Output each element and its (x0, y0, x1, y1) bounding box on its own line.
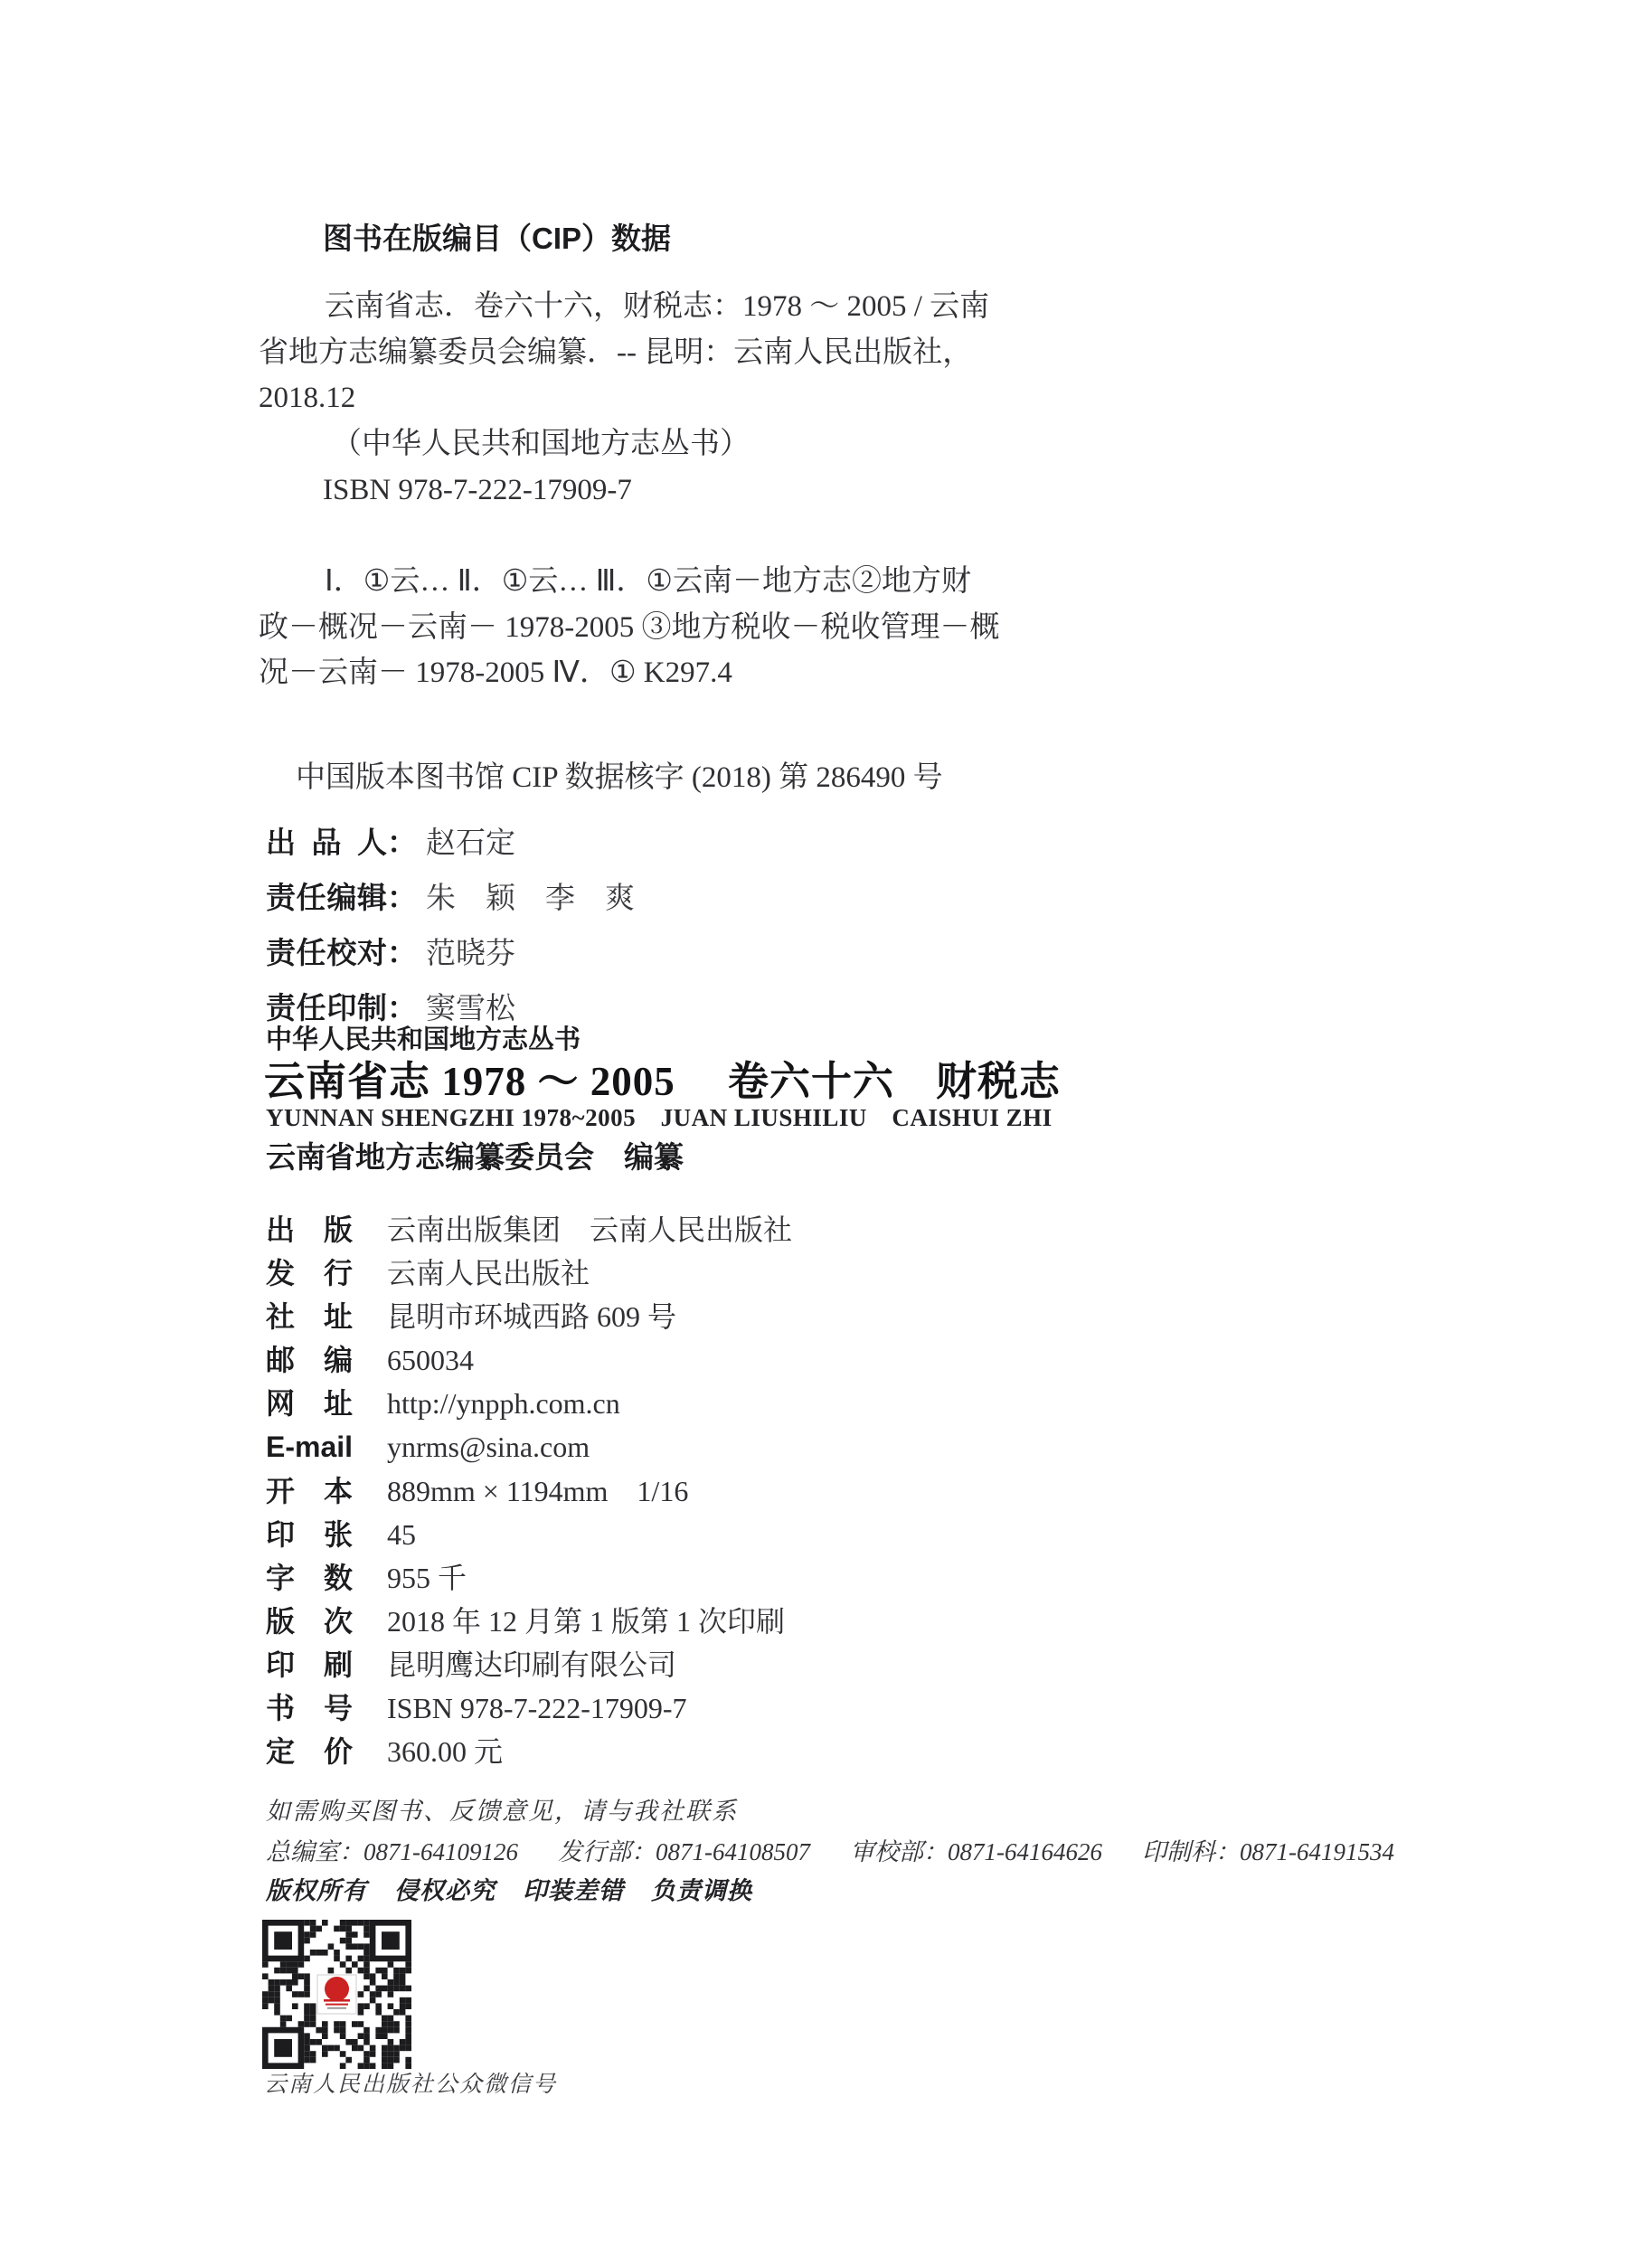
publishing-label: 邮编 (266, 1338, 353, 1382)
publishing-row: E-mailynrms@sina.com (266, 1425, 792, 1468)
phone-item: 印制科：0871-64191534 (1142, 1838, 1394, 1865)
cip-line: 云南省志．卷六十六，财税志：1978 ～ 2005 / 云南 (259, 284, 989, 330)
publishing-row: 网址http://ynpph.com.cn (266, 1382, 792, 1425)
cip-record-number: 中国版本图书馆 CIP 数据核字 (2018) 第 286490 号 (296, 758, 943, 798)
publishing-value: ISBN 978-7-222-17909-7 (387, 1692, 687, 1724)
staff-list: 出品人：赵石定 责任编辑：朱 颖 李 爽 责任校对：范晓芬 责任印制：窦雪松 (266, 816, 635, 1036)
publishing-value: 云南人民出版社 (387, 1257, 590, 1289)
notice-term: 版权所有 (266, 1877, 367, 1904)
staff-row: 出品人：赵石定 (266, 816, 635, 871)
publishing-value: http://ynpph.com.cn (387, 1387, 620, 1420)
publishing-label: 发行 (266, 1251, 353, 1295)
publishing-row: 版次2018 年 12 月第 1 版第 1 次印刷 (266, 1600, 792, 1643)
copyright-page: 图书在版编目（CIP）数据 云南省志．卷六十六，财税志：1978 ～ 2005 … (0, 0, 1652, 2257)
publishing-row: 印刷昆明鹰达印刷有限公司 (266, 1643, 792, 1686)
publishing-row: 邮编650034 (266, 1338, 792, 1382)
colon: ： (387, 881, 417, 914)
book-title-pinyin: YUNNAN SHENGZHI 1978~2005 JUAN LIUSHILIU… (266, 1101, 1053, 1134)
contact-phones: 总编室：0871-64109126发行部：0871-64108507审校部：08… (266, 1837, 1434, 1867)
notice-term: 负责调换 (651, 1877, 752, 1904)
staff-row: 责任编辑：朱 颖 李 爽 (266, 871, 635, 926)
phone-item: 总编室：0871-64109126 (266, 1838, 518, 1865)
publishing-label: 出版 (266, 1208, 353, 1251)
cip-isbn: ISBN 978-7-222-17909-7 (259, 467, 989, 514)
staff-name: 窦雪松 (426, 993, 515, 1025)
colon: ： (387, 936, 417, 969)
colon: ： (387, 991, 417, 1025)
publishing-value: 45 (387, 1518, 416, 1551)
publishing-label: 版次 (266, 1600, 353, 1643)
publishing-label: E-mail (266, 1425, 353, 1468)
publishing-value: 955 千 (387, 1562, 467, 1594)
cip-header: 图书在版编目（CIP）数据 (323, 220, 671, 258)
book-compiler: 云南省地方志编纂委员会 编纂 (266, 1138, 684, 1176)
publishing-info: 出版云南出版集团 云南人民出版社 发行云南人民出版社 社址昆明市环城西路 609… (266, 1208, 792, 1773)
publishing-label: 网址 (266, 1382, 353, 1425)
publishing-value: 360.00 元 (387, 1735, 503, 1768)
publishing-label: 书号 (266, 1686, 353, 1730)
publishing-label: 开本 (266, 1469, 353, 1513)
publishing-label: 印刷 (266, 1643, 353, 1686)
publishing-row: 定价360.00 元 (266, 1730, 792, 1773)
phone-item: 发行部：0871-64108507 (558, 1838, 810, 1865)
staff-name: 朱 颖 李 爽 (426, 883, 635, 915)
staff-role-label: 责任校对 (266, 926, 387, 980)
qr-caption: 云南人民出版社公众微信号 (264, 2072, 557, 2099)
publishing-value: 650034 (387, 1344, 474, 1376)
classification-line: 况－云南－ 1978-2005 Ⅳ．① K297.4 (259, 650, 1000, 696)
cip-line: 2018.12 (259, 375, 989, 421)
cip-series-note: （中华人民共和国地方志丛书） (259, 421, 989, 467)
publishing-row: 社址昆明市环城西路 609 号 (266, 1295, 792, 1338)
publishing-row: 发行云南人民出版社 (266, 1251, 792, 1295)
cip-classification: Ⅰ．①云… Ⅱ．①云… Ⅲ．①云南－地方志②地方财 政－概况－云南－ 1978-… (259, 559, 1000, 696)
staff-role-label: 出品人 (266, 816, 387, 870)
classification-line: Ⅰ．①云… Ⅱ．①云… Ⅲ．①云南－地方志②地方财 (259, 559, 1000, 605)
publishing-value: 889mm × 1194mm 1/16 (387, 1475, 688, 1507)
publishing-label: 印张 (266, 1513, 353, 1556)
staff-role-label: 责任编辑 (266, 871, 387, 925)
cip-description: 云南省志．卷六十六，财税志：1978 ～ 2005 / 云南 省地方志编纂委员会… (259, 284, 989, 514)
publishing-value: 昆明市环城西路 609 号 (387, 1300, 676, 1333)
publishing-row: 书号ISBN 978-7-222-17909-7 (266, 1686, 792, 1730)
notice-term: 侵权必究 (394, 1877, 496, 1904)
publishing-row: 开本889mm × 1194mm 1/16 (266, 1469, 792, 1513)
colon: ： (387, 826, 417, 859)
book-title: 云南省志 1978 ～ 2005 卷六十六 财税志 (264, 1055, 1061, 1108)
cip-line: 省地方志编纂委员会编纂．-- 昆明：云南人民出版社， (259, 330, 989, 376)
publishing-value: 2018 年 12 月第 1 版第 1 次印刷 (387, 1605, 785, 1638)
publishing-row: 字数955 千 (266, 1556, 792, 1600)
publishing-value: 昆明鹰达印刷有限公司 (387, 1648, 676, 1681)
notice-term: 印装差错 (523, 1877, 624, 1904)
wechat-qr-code (262, 1920, 411, 2069)
publishing-value: ynrms@sina.com (387, 1431, 590, 1463)
staff-row: 责任校对：范晓芬 (266, 926, 635, 981)
publishing-label: 字数 (266, 1556, 353, 1600)
publishing-row: 出版云南出版集团 云南人民出版社 (266, 1208, 792, 1251)
series-title: 中华人民共和国地方志丛书 (266, 1024, 581, 1056)
staff-name: 范晓芬 (426, 938, 515, 970)
publishing-label: 定价 (266, 1730, 353, 1773)
phone-item: 审校部：0871-64164626 (850, 1838, 1102, 1865)
contact-note: 如需购买图书、反馈意见，请与我社联系 (266, 1796, 738, 1827)
staff-name: 赵石定 (426, 827, 515, 860)
publishing-value: 云南出版集团 云南人民出版社 (387, 1213, 792, 1246)
publishing-label: 社址 (266, 1295, 353, 1338)
publishing-row: 印张45 (266, 1513, 792, 1556)
copyright-notice: 版权所有侵权必究印装差错负责调换 (266, 1875, 779, 1906)
classification-line: 政－概况－云南－ 1978-2005 ③地方税收－税收管理－概 (259, 605, 1000, 651)
